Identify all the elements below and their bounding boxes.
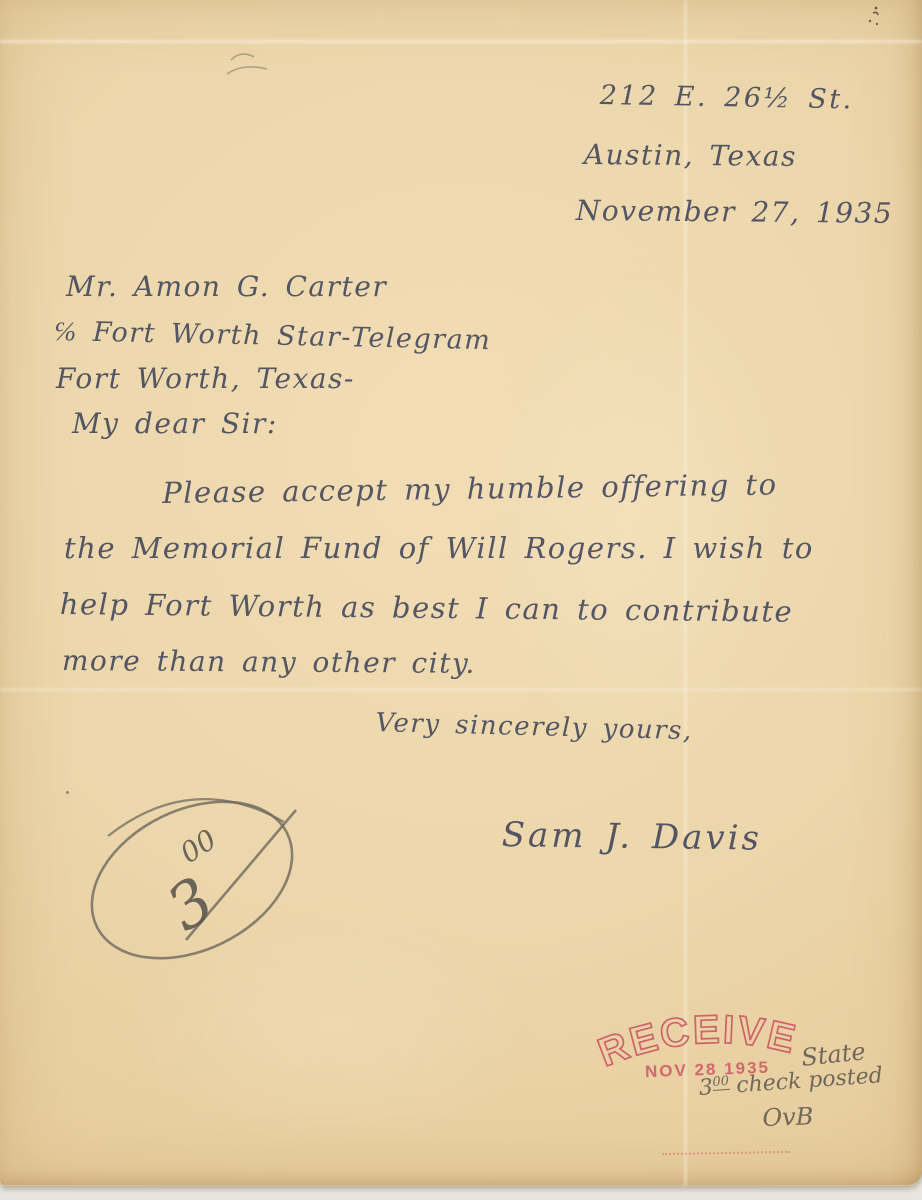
salutation: My dear Sir: xyxy=(72,407,278,440)
recipient-care-of-line: ℅ Fort Worth Star-Telegram xyxy=(53,316,491,356)
pencil-squiggle-mark xyxy=(225,48,273,80)
address-line-1: 212 E. 26½ St. xyxy=(599,80,854,115)
pencil-dot xyxy=(66,791,69,794)
body-line-3: help Fort Worth as best I can to contrib… xyxy=(60,587,794,629)
date-line: November 27, 1935 xyxy=(576,194,894,230)
paper-stain xyxy=(480,260,800,780)
ink-speck xyxy=(864,4,884,30)
signature: Sam J. Davis xyxy=(501,815,762,859)
clerk-note-initials: OvB xyxy=(762,1102,814,1132)
body-line-4: more than any other city. xyxy=(62,644,476,680)
letter-page: 212 E. 26½ St. Austin, Texas November 27… xyxy=(0,0,922,1186)
address-line-2: Austin, Texas xyxy=(584,138,797,173)
body-line-2: the Memorial Fund of Will Rogers. I wish… xyxy=(64,531,814,565)
circled-amount-annotation: 3 00 xyxy=(70,778,314,982)
circled-amount-cents: 00 xyxy=(174,823,222,870)
clerk-note-cents: 00 xyxy=(712,1074,730,1091)
recipient-city-line: Fort Worth, Texas- xyxy=(56,362,355,395)
recipient-name: Mr. Amon G. Carter xyxy=(66,270,387,303)
red-dotted-mark xyxy=(662,1151,790,1155)
horizontal-fold-crease-top xyxy=(0,40,922,43)
